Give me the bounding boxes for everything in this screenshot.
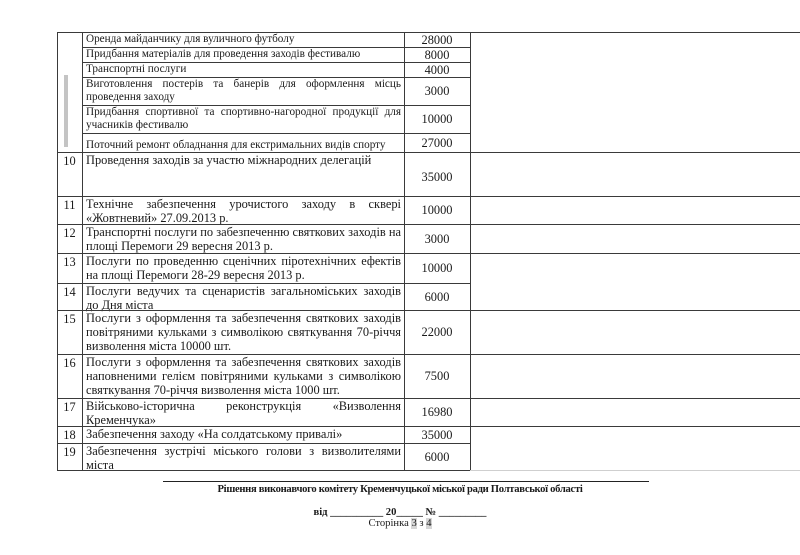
table-border bbox=[57, 426, 470, 427]
table-border bbox=[82, 133, 470, 134]
page-indicator: Сторінка 3 з 4 bbox=[0, 518, 800, 529]
row-number: 18 bbox=[57, 426, 82, 443]
footer-rule bbox=[163, 481, 649, 482]
table-border bbox=[82, 77, 470, 78]
subitem-description: Транспортні послуги bbox=[82, 62, 404, 77]
subitem-amount: 10000 bbox=[404, 105, 470, 133]
row-number: 15 bbox=[57, 310, 82, 354]
row-amount: 6000 bbox=[404, 443, 470, 470]
row-description: Забезпечення заходу «На солдатському при… bbox=[82, 426, 404, 443]
table-border bbox=[470, 470, 800, 471]
row-description: Послуги з оформлення та забезпечення свя… bbox=[82, 354, 404, 398]
table-border bbox=[470, 354, 800, 355]
subitem-amount: 27000 bbox=[404, 133, 470, 152]
page-of: з bbox=[419, 518, 423, 529]
row-number: 12 bbox=[57, 224, 82, 253]
footer-title: Рішення виконавчого комітету Кременчуцьк… bbox=[0, 484, 800, 495]
row-description: Послуги ведучих та сценаристів загальном… bbox=[82, 283, 404, 310]
row-description: Забезпечення зустрічі міського голови з … bbox=[82, 443, 404, 470]
table-border bbox=[470, 32, 471, 470]
row-description: Військово-історична реконструкція «Визво… bbox=[82, 398, 404, 426]
table-border bbox=[82, 32, 83, 470]
table-border bbox=[470, 152, 800, 153]
row-amount: 35000 bbox=[404, 426, 470, 443]
footer-date-line: від __________ 20_____ № _________ bbox=[0, 507, 800, 518]
row-number: 11 bbox=[57, 196, 82, 224]
table-border bbox=[82, 47, 470, 48]
table-border bbox=[57, 253, 470, 254]
row-amount: 3000 bbox=[404, 224, 470, 253]
table-border bbox=[404, 32, 405, 470]
table-border bbox=[57, 354, 470, 355]
table-border bbox=[470, 426, 800, 427]
subitem-description: Виготовлення постерів та банерів для офо… bbox=[82, 77, 404, 105]
row-number: 10 bbox=[57, 152, 82, 196]
row-amount: 22000 bbox=[404, 310, 470, 354]
table-border bbox=[57, 32, 58, 470]
table-border bbox=[57, 283, 470, 284]
table-border bbox=[470, 32, 800, 33]
table-border bbox=[57, 470, 470, 471]
table-border bbox=[57, 398, 470, 399]
row-description: Проведення заходів за участю міжнародних… bbox=[82, 152, 404, 196]
row-number: 17 bbox=[57, 398, 82, 426]
page-total: 4 bbox=[426, 518, 431, 529]
row-number: 14 bbox=[57, 283, 82, 310]
row-amount: 35000 bbox=[404, 152, 470, 196]
table-border bbox=[57, 224, 470, 225]
change-bar bbox=[64, 75, 68, 147]
table-border bbox=[57, 32, 470, 33]
table-border bbox=[470, 196, 800, 197]
table-border bbox=[57, 443, 470, 444]
subitem-description: Поточний ремонт обладнання для екстримал… bbox=[82, 133, 404, 152]
document-page: Оренда майданчику для вуличного футболу2… bbox=[0, 0, 800, 555]
table-border bbox=[470, 253, 800, 254]
row-number: 16 bbox=[57, 354, 82, 398]
row-description: Транспортні послуги по забезпеченню свят… bbox=[82, 224, 404, 253]
table-border bbox=[82, 62, 470, 63]
subitem-description: Придбання матеріалів для проведення захо… bbox=[82, 47, 404, 62]
table-border bbox=[57, 196, 470, 197]
row-amount: 6000 bbox=[404, 283, 470, 310]
row-amount: 7500 bbox=[404, 354, 470, 398]
subitem-amount: 4000 bbox=[404, 62, 470, 77]
row-number: 19 bbox=[57, 443, 82, 470]
row-description: Технічне забезпечення урочистого заходу … bbox=[82, 196, 404, 224]
page-label: Сторінка bbox=[368, 518, 408, 529]
table-border bbox=[470, 310, 800, 311]
table-border bbox=[57, 152, 470, 153]
subitem-description: Придбання спортивної та спортивно-нагоро… bbox=[82, 105, 404, 133]
row-description: Послуги з оформлення та забезпечення свя… bbox=[82, 310, 404, 354]
row-number: 13 bbox=[57, 253, 82, 283]
subitem-amount: 8000 bbox=[404, 47, 470, 62]
row-amount: 10000 bbox=[404, 196, 470, 224]
table-border bbox=[82, 105, 470, 106]
table-border bbox=[470, 398, 800, 399]
table-border bbox=[470, 224, 800, 225]
subitem-amount: 3000 bbox=[404, 77, 470, 105]
subitem-amount: 28000 bbox=[404, 32, 470, 47]
page-current: 3 bbox=[411, 518, 416, 529]
row-description: Послуги по проведенню сценічних піротехн… bbox=[82, 253, 404, 283]
table-border bbox=[57, 310, 470, 311]
row-amount: 16980 bbox=[404, 398, 470, 426]
subitem-description: Оренда майданчику для вуличного футболу bbox=[82, 32, 404, 47]
row-amount: 10000 bbox=[404, 253, 470, 283]
